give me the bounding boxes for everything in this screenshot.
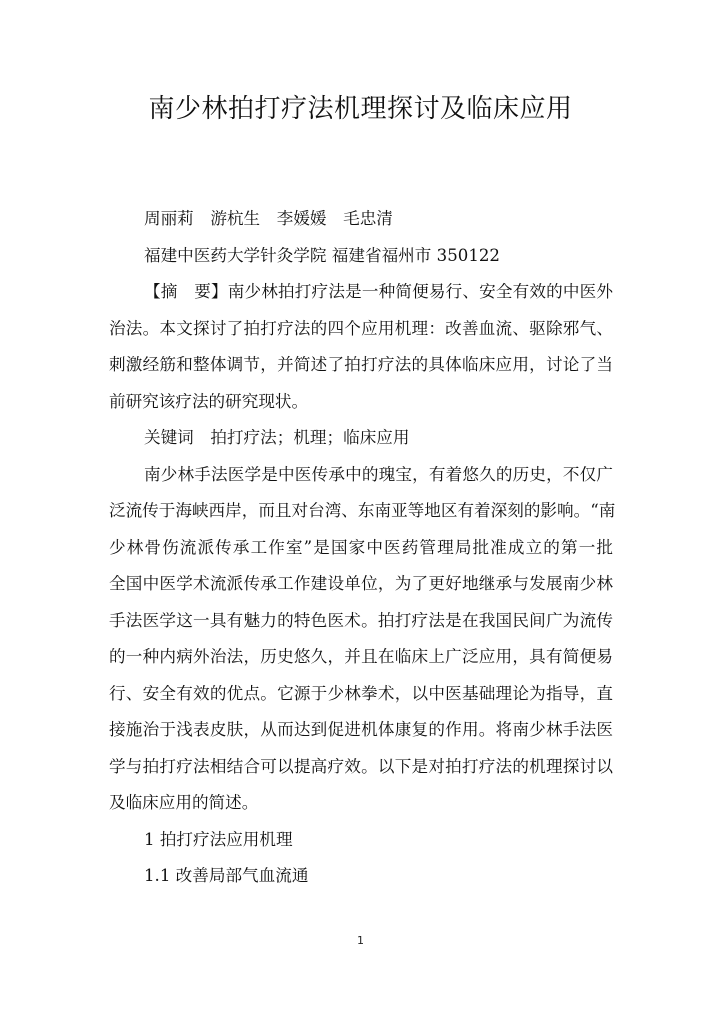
intro-line: 学与拍打疗法相结合可以提高疗效。以下是对拍打疗法的机理探讨以 xyxy=(109,756,613,778)
intro-line: 及临床应用的简述。 xyxy=(109,792,613,814)
abstract-line: 治法。本文探讨了拍打疗法的四个应用机理：改善血流、驱除邪气、 xyxy=(109,318,613,340)
abstract-line: 【摘 要】南少林拍打疗法是一种简便易行、安全有效的中医外 xyxy=(144,281,613,303)
intro-line: 泛流传于海峡西岸，而且对台湾、东南亚等地区有着深刻的影响。“南 xyxy=(109,500,613,522)
intro-line: 南少林手法医学是中医传承中的瑰宝，有着悠久的历史，不仅广 xyxy=(144,464,613,486)
abstract-line: 刺激经筋和整体调节，并简述了拍打疗法的具体临床应用，讨论了当 xyxy=(109,354,613,376)
intro-line: 接施治于浅表皮肤，从而达到促进机体康复的作用。将南少林手法医 xyxy=(109,719,613,741)
document-page: 南少林拍打疗法机理探讨及临床应用 周丽莉 游杭生 李媛媛 毛忠清 福建中医药大学… xyxy=(0,0,721,1020)
intro-line: 行、安全有效的优点。它源于少林拳术，以中医基础理论为指导，直 xyxy=(109,683,613,705)
abstract-line: 前研究该疗法的研究现状。 xyxy=(109,391,613,413)
affiliation: 福建中医药大学针灸学院 福建省福州市 350122 xyxy=(144,245,613,267)
intro-line: 手法医学这一具有魅力的特色医术。拍打疗法是在我国民间广为流传 xyxy=(109,610,613,632)
intro-line: 全国中医学术流派传承工作建设单位，为了更好地继承与发展南少林 xyxy=(109,573,613,595)
section-heading: 1 拍打疗法应用机理 xyxy=(144,829,613,851)
authors: 周丽莉 游杭生 李媛媛 毛忠清 xyxy=(144,208,613,230)
page-number: 1 xyxy=(0,934,721,947)
subsection-heading: 1.1 改善局部气血流通 xyxy=(144,865,613,887)
intro-line: 的一种内病外治法，历史悠久，并且在临床上广泛应用，具有简便易 xyxy=(109,646,613,668)
keywords: 关键词 拍打疗法；机理；临床应用 xyxy=(144,427,613,449)
document-title: 南少林拍打疗法机理探讨及临床应用 xyxy=(0,88,721,125)
intro-line: 少林骨伤流派传承工作室”是国家中医药管理局批准成立的第一批 xyxy=(109,537,613,559)
